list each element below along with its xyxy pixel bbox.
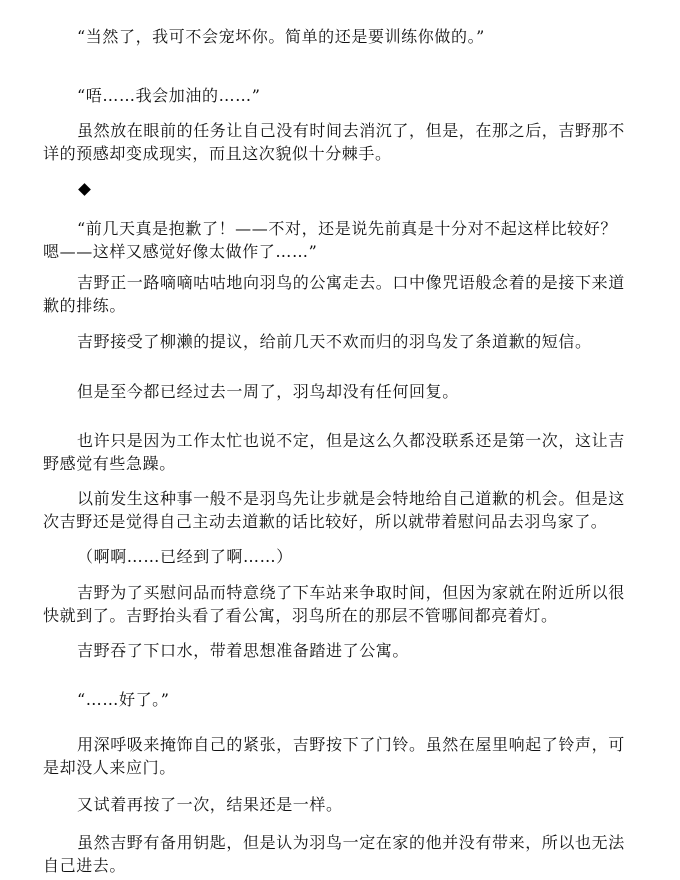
narrative-paragraph: 也许只是因为工作太忙也说不定，但是这么久都没联系还是第一次，这让吉野感觉有些急躁… bbox=[43, 429, 628, 475]
narrative-paragraph: 吉野正一路嘀嘀咕咕地向羽鸟的公寓走去。口中像咒语般念着的是接下来道歉的排练。 bbox=[43, 271, 628, 317]
narrative-paragraph: 用深呼吸来掩饰自己的紧张，吉野按下了门铃。虽然在屋里响起了铃声，可是却没人来应门… bbox=[43, 733, 628, 779]
narrative-paragraph: 吉野吞了下口水，带着思想准备踏进了公寓。 bbox=[43, 639, 628, 662]
section-separator-diamond-icon bbox=[79, 184, 91, 196]
narrative-paragraph: 吉野接受了柳濑的提议，给前几天不欢而归的羽鸟发了条道歉的短信。 bbox=[43, 330, 628, 353]
dialogue-paragraph: “前几天真是抱歉了！——不对，还是说先前真是十分对不起这样比较好？嗯——这样又感… bbox=[43, 217, 628, 263]
dialogue-paragraph: “当然了，我可不会宠坏你。简单的还是要训练你做的。” bbox=[43, 25, 628, 48]
narrative-paragraph: 吉野为了买慰问品而特意绕了下车站来争取时间，但因为家就在附近所以很快就到了。吉野… bbox=[43, 581, 628, 627]
narrative-paragraph: 以前发生这种事一般不是羽鸟先让步就是会特地给自己道歉的机会。但是这次吉野还是觉得… bbox=[43, 487, 628, 533]
narrative-paragraph: 虽然放在眼前的任务让自己没有时间去消沉了，但是，在那之后，吉野那不详的预感却变成… bbox=[43, 119, 628, 165]
narrative-paragraph: 又试着再按了一次，结果还是一样。 bbox=[43, 793, 628, 816]
narrative-paragraph: 但是至今都已经过去一周了，羽鸟却没有任何回复。 bbox=[43, 380, 628, 403]
dialogue-paragraph: “……好了。” bbox=[43, 688, 628, 711]
thought-paragraph: （啊啊……已经到了啊……） bbox=[43, 545, 628, 568]
dialogue-paragraph: “唔……我会加油的……” bbox=[43, 84, 628, 107]
narrative-paragraph: 虽然吉野有备用钥匙，但是认为羽鸟一定在家的他并没有带来，所以也无法自己进去。 bbox=[43, 831, 628, 877]
